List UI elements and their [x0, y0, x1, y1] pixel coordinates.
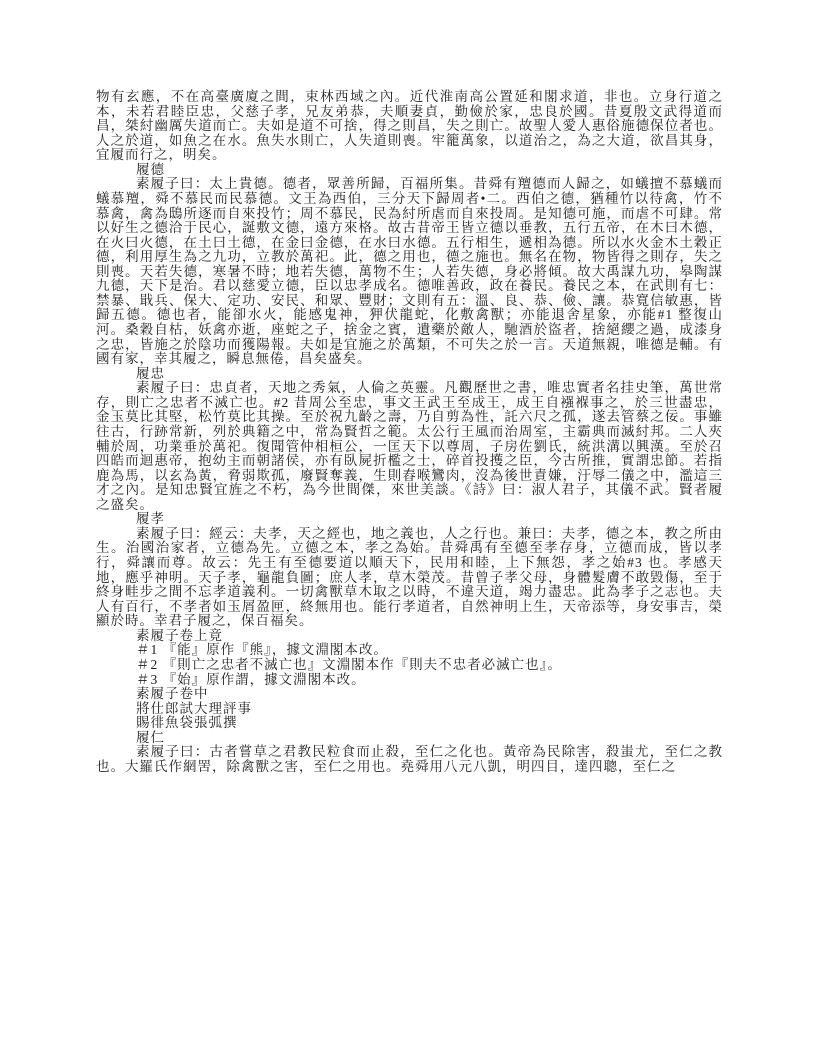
body-paragraph: 素履子曰：古者嘗草之君教民粒食而止殺，至仁之化也。黃帝為民除害，殺蚩尤，至仁之教…: [96, 745, 723, 774]
footnote: ＃2 『則亡之忠者不滅亡也』文淵閣本作『則夫不忠者必滅亡也』。: [96, 658, 723, 673]
body-paragraph: 素履子曰：經云：夫孝，天之經也，地之義也，人之行也。兼曰：夫孝，德之本，教之所由…: [96, 527, 723, 629]
footnote: ＃3 『始』原作謂，據文淵閣本改。: [96, 673, 723, 688]
section-heading: 履孝: [96, 512, 723, 527]
colophon: 素履子卷中: [96, 687, 723, 702]
body-paragraph: 物有玄應，不在高臺廣廈之間，束林西域之內。近代淮南高公置延和閣求道，非也。立身行…: [96, 90, 723, 163]
document-body: 物有玄應，不在高臺廣廈之間，束林西域之內。近代淮南高公置延和閣求道，非也。立身行…: [96, 90, 723, 774]
byline: 賜徘魚袋張弧撰: [96, 716, 723, 731]
document-page: 物有玄應，不在高臺廣廈之間，束林西域之內。近代淮南高公置延和閣求道，非也。立身行…: [0, 0, 816, 1056]
body-paragraph: 素履子曰：忠貞者，天地之秀氣，人倫之英靈。凡觀歷世之書，唯忠實者名挂史筆，萬世常…: [96, 381, 723, 512]
body-paragraph: 素履子曰：太上貴德。德者，眾善所歸，百福所集。昔舜有羶德而人歸之，如蟻擅不慕蟻而…: [96, 177, 723, 366]
byline: 將仕郎試大理評事: [96, 702, 723, 717]
footnote: ＃1 『能』原作『熊』，據文淵閣本改。: [96, 643, 723, 658]
